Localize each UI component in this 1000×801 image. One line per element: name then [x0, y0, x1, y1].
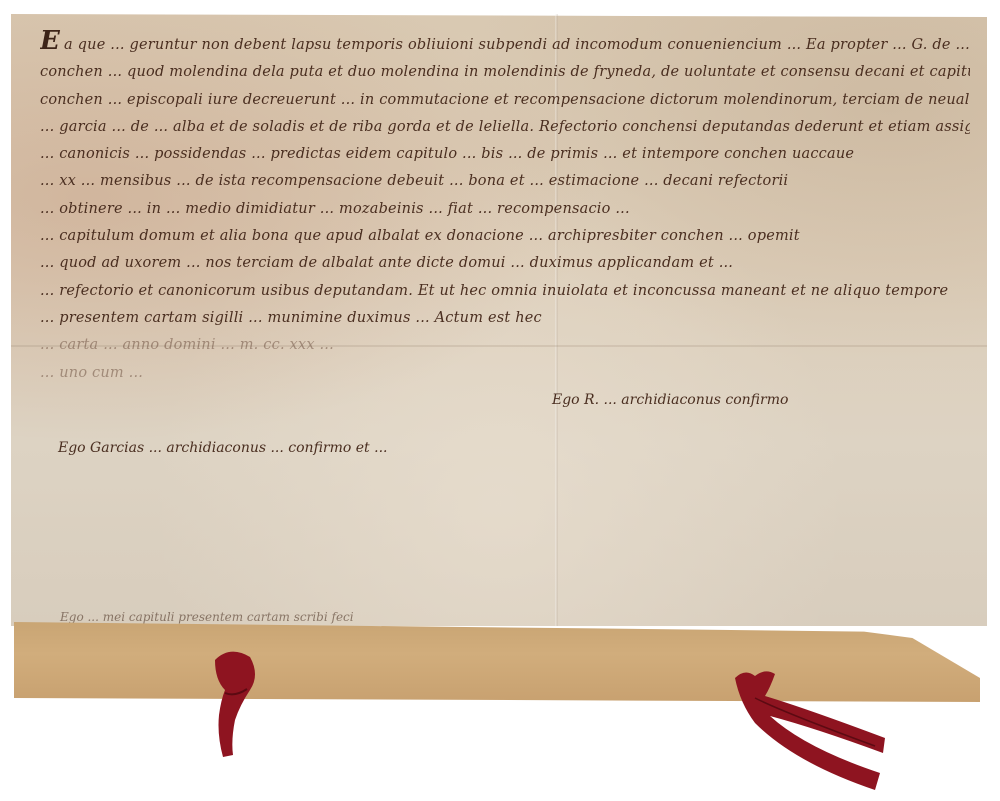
text-line-10: ... refectorio et canonicorum usibus dep… — [40, 278, 970, 305]
right-seal-cord — [725, 668, 905, 798]
text-line-4: ... garcia ... de ... alba et de soladis… — [40, 114, 970, 141]
signature-right: Ego R. ... archidiaconus confirmo — [552, 392, 788, 408]
signature-bottom: Ego ... mei capituli presentem cartam sc… — [60, 610, 354, 624]
text-line-11: ... presentem cartam sigilli ... munimin… — [40, 305, 970, 332]
text-line-3: conchen ... episcopali iure decreuerunt … — [40, 87, 970, 114]
text-line-9: ... quod ad uxorem ... nos terciam de al… — [40, 250, 970, 277]
left-seal-cord — [195, 645, 275, 765]
signature-left: Ego Garcias ... archidiaconus ... confir… — [58, 440, 387, 456]
charter-body-text: Ea que ... geruntur non debent lapsu tem… — [40, 28, 970, 387]
text-line-5: ... canonicis ... possidendas ... predic… — [40, 141, 970, 168]
text-line-12: ... carta ... anno domini ... m. cc. xxx… — [40, 332, 970, 359]
text-line-6: ... xx ... mensibus ... de ista recompen… — [40, 168, 970, 195]
text-line-2: conchen ... quod molendina dela puta et … — [40, 59, 970, 86]
text-line-8: ... capitulum domum et alia bona que apu… — [40, 223, 970, 250]
illuminated-initial: E — [40, 28, 60, 56]
text-line-1: Ea que ... geruntur non debent lapsu tem… — [40, 28, 970, 59]
text-line-faint: ... uno cum ... — [40, 360, 970, 387]
text-line-7: ... obtinere ... in ... medio dimidiatur… — [40, 196, 970, 223]
